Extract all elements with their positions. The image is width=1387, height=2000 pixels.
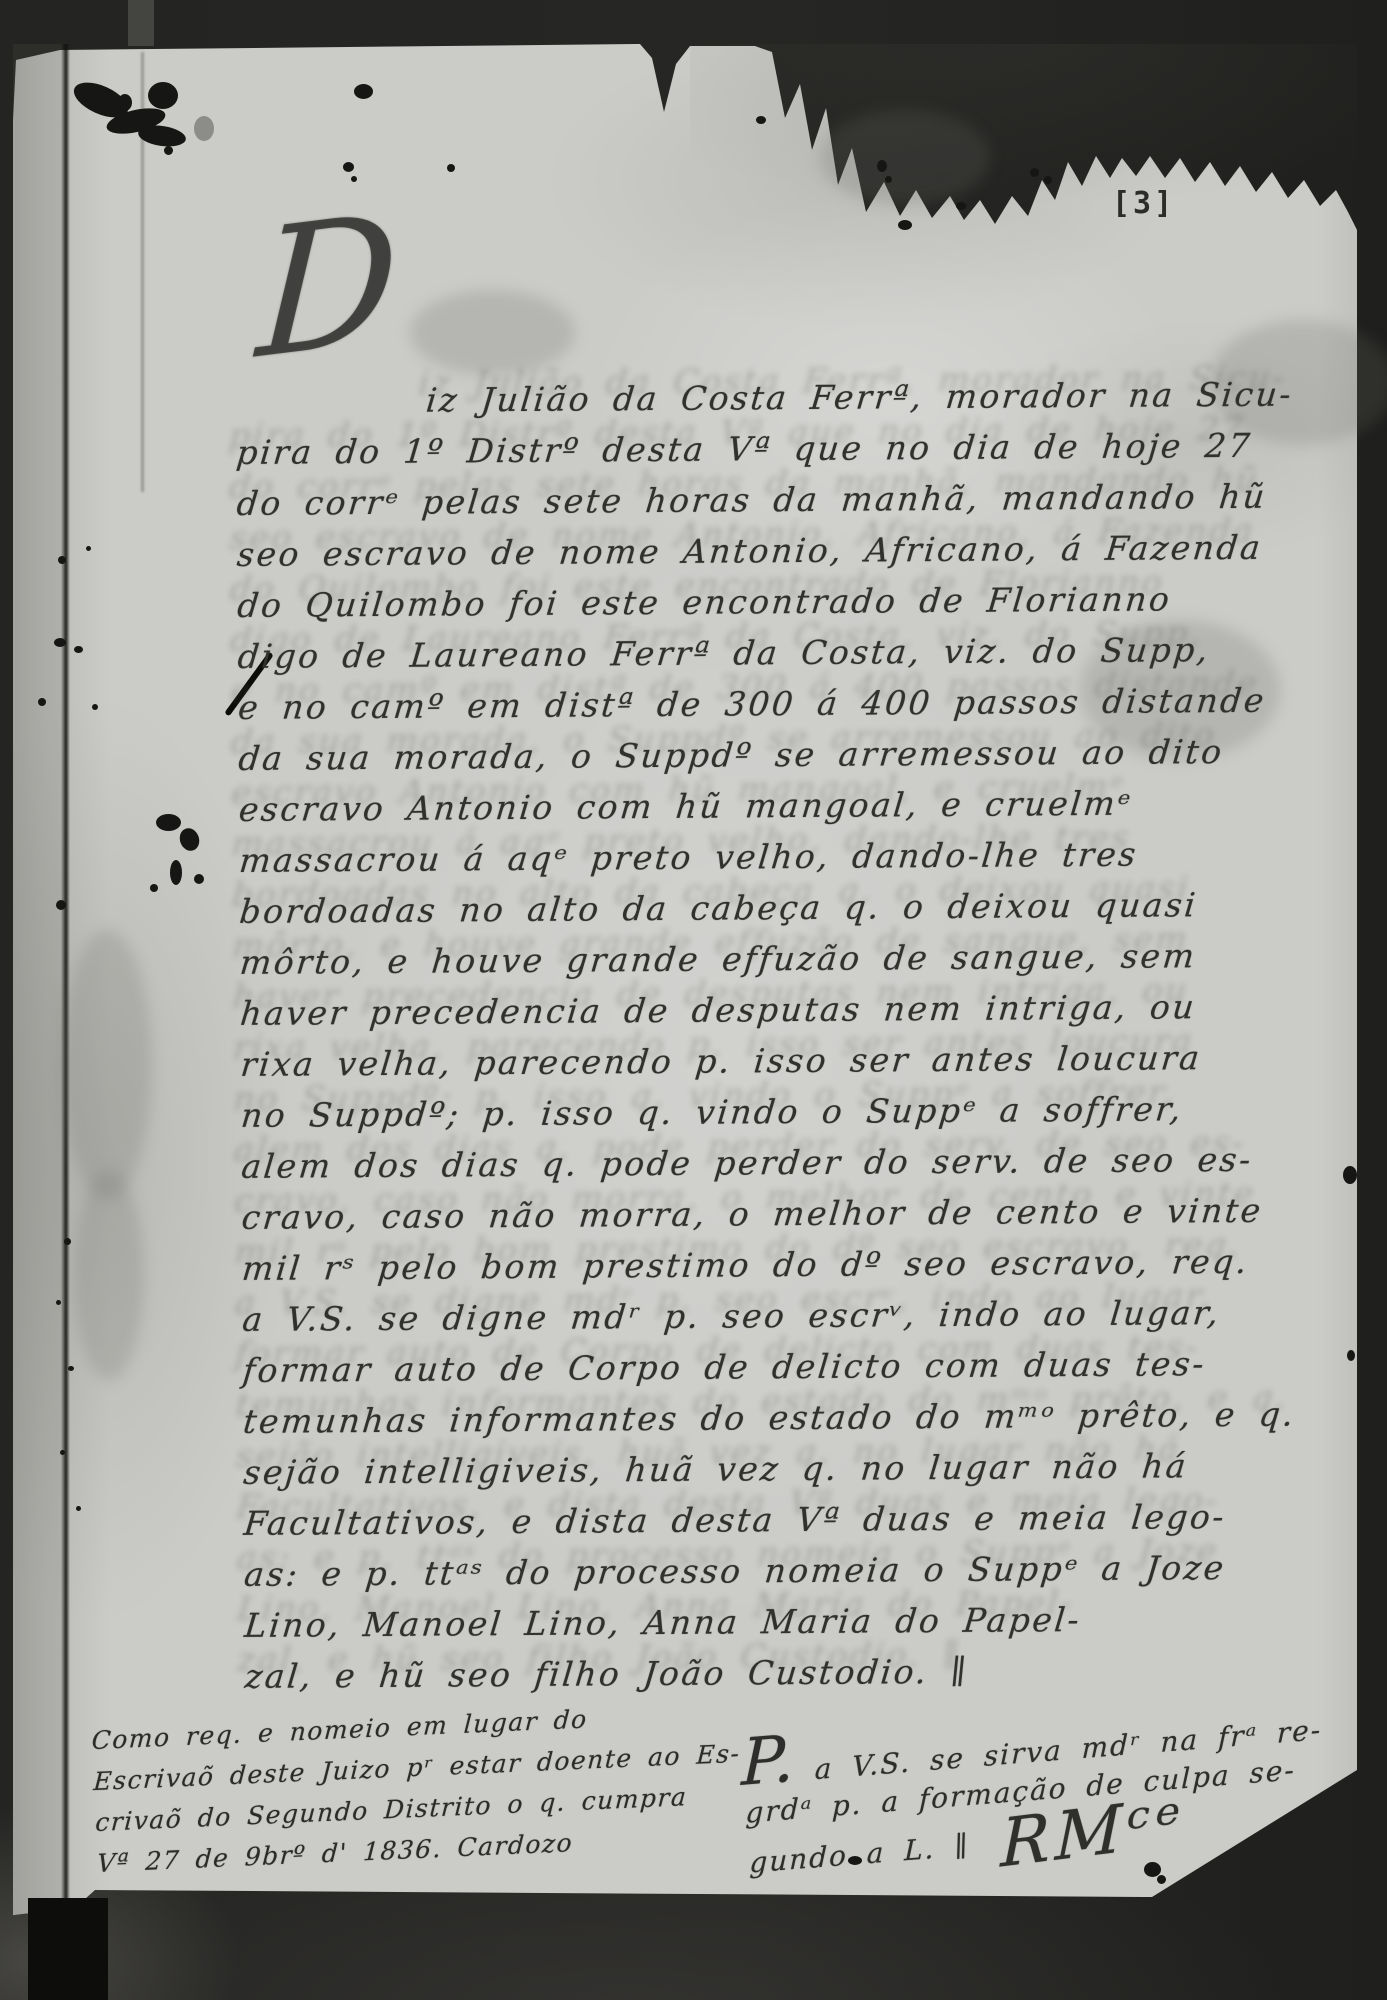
manuscript-line: cravo, caso não morra, o melhor de cento… (239, 1184, 1374, 1243)
manuscript-body: iz Julião da Costa Ferrª, morador na Sic… (233, 368, 1372, 1702)
ink-blot (956, 202, 966, 210)
ink-blot (38, 698, 46, 706)
ink-blot (1157, 1875, 1166, 1884)
manuscript-line: do corrᵉ pelas sete horas da manhã, mand… (234, 470, 1369, 529)
ink-blot (156, 814, 181, 831)
manuscript-line: zal, e hũ seo filho João Custodio. ∥ (243, 1643, 1378, 1702)
ink-blot (343, 162, 354, 172)
manuscript-line: digo de Laureano Ferrª da Costa, viz. do… (236, 623, 1371, 682)
stain (62, 930, 152, 1200)
binding-notch (128, 0, 154, 46)
manuscript-line: e no camº em distª de 300 á 400 passos d… (236, 674, 1371, 733)
ink-blot (170, 860, 182, 885)
ink-blot (1030, 168, 1039, 177)
ink-blot (64, 1238, 71, 1245)
ink-blot (447, 164, 455, 172)
manuscript-line: no Suppdº; p. isso q. vindo o Suppᵉ a so… (239, 1082, 1374, 1141)
manuscript-line: Lino, Manoel Lino, Anna Maria do Papel- (242, 1592, 1377, 1651)
drop-cap-initial: D (254, 190, 403, 385)
ink-blot (150, 884, 158, 892)
stain (820, 110, 990, 205)
ink-blot (68, 1366, 74, 1371)
manuscript-line: mil rˢ pelo bom prestimo do dº seo escra… (240, 1235, 1375, 1294)
stain (410, 290, 575, 375)
manuscript-line: alem dos dias q. pode perder do serv. de… (239, 1133, 1374, 1192)
ink-blot (54, 638, 66, 647)
manuscript-line: iz Julião da Costa Ferrª, morador na Sic… (234, 368, 1369, 427)
manuscript-line: pira do 1º Distrº desta Vª que no dia de… (234, 419, 1369, 478)
ink-blot (898, 220, 912, 230)
manuscript-line: Facultativos, e dista desta Vª duas e me… (242, 1490, 1377, 1549)
manuscript-line: haver precedencia de desputas nem intrig… (238, 980, 1373, 1039)
ink-blot (885, 176, 892, 183)
ink-blot (118, 94, 132, 111)
manuscript-line: massacrou á aqᵉ preto velho, dando-lhe t… (237, 827, 1372, 886)
ink-blot (56, 1300, 61, 1305)
ink-blot (756, 116, 766, 124)
ink-blot (194, 116, 214, 141)
manuscript-line: seo escravo de nome Antonio, Africano, á… (235, 521, 1370, 580)
manuscript-line: do Quilombo foi este encontrado de Flori… (235, 572, 1370, 631)
manuscript-scan-page: [3] D iz Julião da Costa Ferrª, morador … (0, 0, 1387, 2000)
ink-blot (1044, 176, 1052, 184)
manuscript-line: as: e p. ttᵃˢ do processo nomeia o Suppᵉ… (242, 1541, 1377, 1600)
ink-blot (194, 874, 204, 884)
ink-blot (877, 160, 887, 172)
ink-blot (92, 704, 98, 710)
binding-crease (61, 44, 70, 1912)
ink-blot (58, 556, 66, 564)
book-spine (28, 1898, 108, 2000)
manuscript-line: temunhas informantes do estado do mᵐᵒ pr… (241, 1388, 1376, 1447)
ink-blot (56, 900, 66, 910)
marginal-note: Como req. e nomeio em lugar do Escrivaõ … (89, 1692, 743, 1884)
ink-blot (76, 1506, 81, 1511)
torn-edge-shade (690, 44, 1357, 284)
ink-blot (164, 146, 173, 155)
ink-blot (354, 84, 373, 99)
manuscript-line: formar auto de Corpo de delicto com duas… (241, 1337, 1376, 1396)
ink-blot (60, 1450, 65, 1455)
ink-blot (148, 82, 178, 109)
manuscript-line: bordoadas no alto da cabeça q. o deixou … (237, 878, 1372, 937)
ink-blot (86, 546, 91, 551)
manuscript-line: môrto, e houve grande effuzão de sangue,… (238, 929, 1373, 988)
stain (74, 1170, 144, 1380)
manuscript-line: escravo Antonio com hũ mangoal, e cruelm… (237, 776, 1372, 835)
manuscript-line: rixa velha, parecendo p. isso ser antes … (238, 1031, 1373, 1090)
manuscript-line: sejão intelligiveis, huã vez q. no lugar… (241, 1439, 1376, 1498)
manuscript-line: a V.S. se digne mdʳ p. seo escrᵛ, indo a… (240, 1286, 1375, 1345)
ink-blot (74, 646, 83, 653)
page-number: [3] (1112, 186, 1175, 222)
adjacent-page-margin (13, 44, 63, 1914)
manuscript-line: da sua morada, o Suppdº se arremessou ao… (236, 725, 1371, 784)
